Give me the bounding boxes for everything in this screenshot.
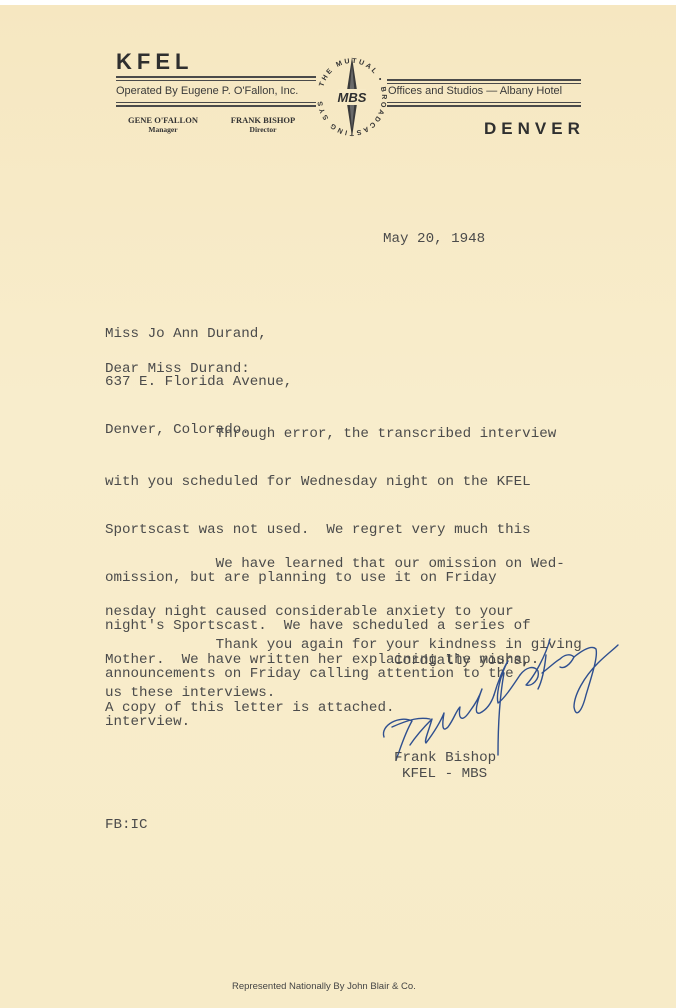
- signer-title: KFEL - MBS: [402, 766, 487, 782]
- staff-manager: GENE O'FALLON Manager: [118, 115, 208, 134]
- operator-line: Operated By Eugene P. O'Fallon, Inc.: [116, 85, 298, 97]
- letter-date: May 20, 1948: [383, 231, 485, 247]
- letterhead-rule-left-top: [116, 76, 316, 78]
- letterhead-rule-left-bottom: [116, 105, 316, 107]
- mbs-logo-icon: THE MUTUAL • BROADCASTING SYSTEM MBS: [316, 51, 388, 143]
- svg-text:MBS: MBS: [338, 90, 367, 105]
- handwritten-signature-icon: Frank Bishop: [370, 615, 620, 765]
- letterhead-rule-right-bottom: [387, 105, 581, 107]
- staff-director: FRANK BISHOP Director: [218, 115, 308, 134]
- address-line: Miss Jo Ann Durand,: [105, 326, 292, 342]
- offices-line: Offices and Studios — Albany Hotel: [388, 85, 562, 97]
- letterhead-rule-right-top: [387, 79, 581, 81]
- footer-representation: Represented Nationally By John Blair & C…: [232, 981, 416, 992]
- letterhead-rule-right-bottom-thin: [387, 102, 581, 103]
- station-call-letters: KFEL: [116, 49, 193, 75]
- signer-name: Frank Bishop: [394, 750, 496, 766]
- city-name: DENVER: [484, 119, 585, 139]
- reference-initials: FB:IC: [105, 817, 148, 833]
- letterhead-rule-left-top-thin: [116, 80, 316, 81]
- salutation: Dear Miss Durand:: [105, 361, 250, 377]
- letterhead-rule-left-bottom-thin: [116, 102, 316, 103]
- letterhead-rule-right-top-thin: [387, 83, 581, 84]
- letter-page: KFEL Operated By Eugene P. O'Fallon, Inc…: [0, 5, 676, 1008]
